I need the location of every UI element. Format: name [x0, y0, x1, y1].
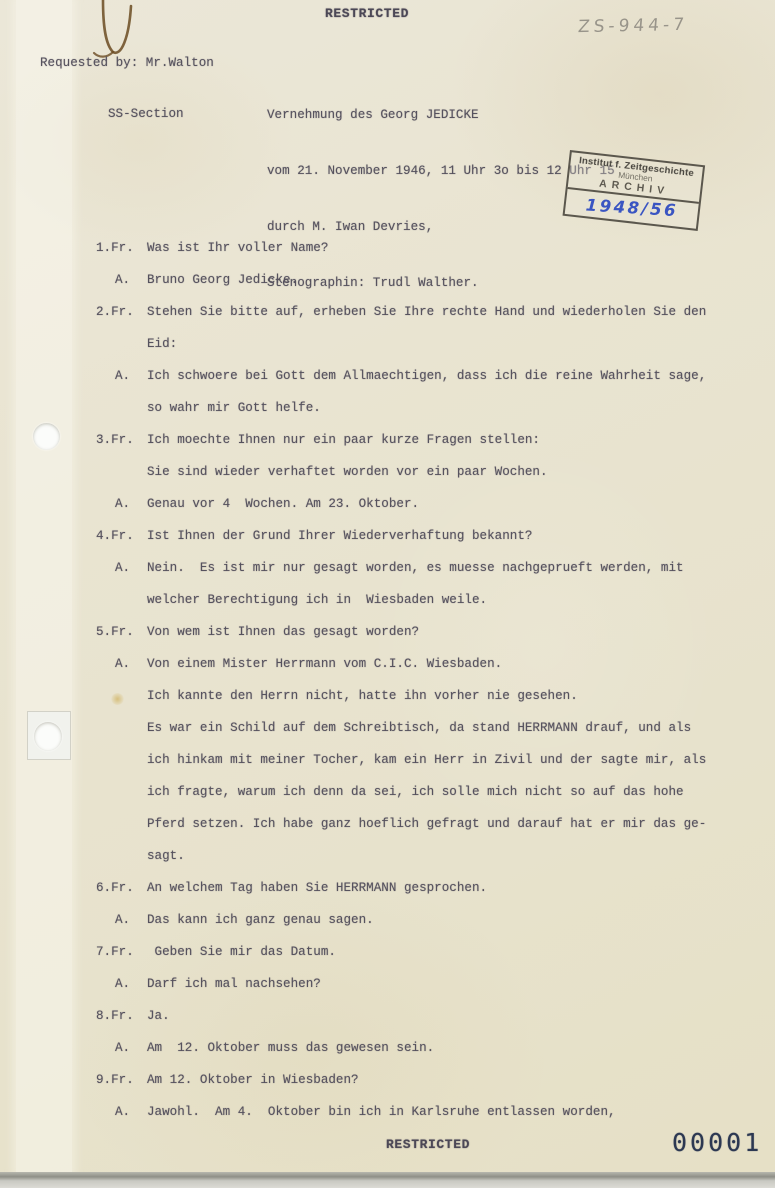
- punch-hole-bottom: [34, 722, 62, 751]
- answer-row: Ich kannte den Herrn nicht, hatte ihn vo…: [96, 680, 756, 712]
- qa-label: 4.Fr.: [96, 520, 147, 552]
- qa-label: [96, 712, 147, 744]
- document-page: RESTRICTED Requested by: Mr.Walton SS-Se…: [0, 0, 775, 1172]
- question-row: 5.Fr.Von wem ist Ihnen das gesagt worden…: [96, 616, 756, 648]
- answer-row: A.Nein. Es ist mir nur gesagt worden, es…: [96, 552, 756, 584]
- qa-text: Geben Sie mir das Datum.: [147, 936, 756, 968]
- qa-text: Sie sind wieder verhaftet worden vor ein…: [147, 456, 756, 488]
- title-line: Vernehmung des Georg JEDICKE: [267, 106, 615, 125]
- answer-row: A.Genau vor 4 Wochen. Am 23. Oktober.: [96, 488, 756, 520]
- punch-hole-top: [33, 423, 60, 450]
- answer-row: A.Darf ich mal nachsehen?: [96, 968, 756, 1000]
- answer-row: A.Von einem Mister Herrmann vom C.I.C. W…: [96, 648, 756, 680]
- qa-label: [96, 840, 147, 872]
- qa-text: Am 12. Oktober muss das gewesen sein.: [147, 1032, 756, 1064]
- qa-label: 8.Fr.: [96, 1000, 147, 1032]
- qa-text: Darf ich mal nachsehen?: [147, 968, 756, 1000]
- answer-row: A.Jawohl. Am 4. Oktober bin ich in Karls…: [96, 1096, 756, 1128]
- qa-label: 5.Fr.: [96, 616, 147, 648]
- question-row: Eid:: [96, 328, 756, 360]
- qa-text: Von wem ist Ihnen das gesagt worden?: [147, 616, 756, 648]
- answer-row: Pferd setzen. Ich habe ganz hoeflich gef…: [96, 808, 756, 840]
- answer-row: A.Das kann ich ganz genau sagen.: [96, 904, 756, 936]
- question-row: 2.Fr.Stehen Sie bitte auf, erheben Sie I…: [96, 296, 756, 328]
- qa-text: sagt.: [147, 840, 756, 872]
- qa-text: Nein. Es ist mir nur gesagt worden, es m…: [147, 552, 756, 584]
- answer-row: A.Ich schwoere bei Gott dem Allmaechtige…: [96, 360, 756, 392]
- paper-fold-band: [16, 0, 72, 1172]
- qa-text: Ist Ihnen der Grund Ihrer Wiederverhaftu…: [147, 520, 756, 552]
- question-row: 7.Fr. Geben Sie mir das Datum.: [96, 936, 756, 968]
- qa-label: A.: [96, 360, 147, 392]
- title-line: vom 21. November 1946, 11 Uhr 3o bis 12 …: [267, 162, 615, 181]
- qa-label: [96, 776, 147, 808]
- qa-label: 1.Fr.: [96, 232, 147, 264]
- qa-label: [96, 808, 147, 840]
- qa-label: A.: [96, 1096, 147, 1128]
- answer-row: ich hinkam mit meiner Tocher, kam ein He…: [96, 744, 756, 776]
- qa-label: [96, 392, 147, 424]
- qa-text: Jawohl. Am 4. Oktober bin ich in Karlsru…: [147, 1096, 756, 1128]
- qa-label: [96, 328, 147, 360]
- qa-label: A.: [96, 968, 147, 1000]
- qa-text: Am 12. Oktober in Wiesbaden?: [147, 1064, 756, 1096]
- qa-label: [96, 456, 147, 488]
- qa-label: [96, 584, 147, 616]
- qa-text: Was ist Ihr voller Name?: [147, 232, 756, 264]
- qa-text: Von einem Mister Herrmann vom C.I.C. Wie…: [147, 648, 756, 680]
- qa-block: 1.Fr.Was ist Ihr voller Name?A.Bruno Geo…: [96, 232, 756, 1128]
- answer-row: so wahr mir Gott helfe.: [96, 392, 756, 424]
- answer-row: A.Am 12. Oktober muss das gewesen sein.: [96, 1032, 756, 1064]
- qa-text: Ich moechte Ihnen nur ein paar kurze Fra…: [147, 424, 756, 456]
- answer-row: A.Bruno Georg Jedicke.: [96, 264, 756, 296]
- qa-text: Ja.: [147, 1000, 756, 1032]
- qa-label: 3.Fr.: [96, 424, 147, 456]
- answer-row: welcher Berechtigung ich in Wiesbaden we…: [96, 584, 756, 616]
- question-row: 6.Fr.An welchem Tag haben Sie HERRMANN g…: [96, 872, 756, 904]
- question-row: 4.Fr.Ist Ihnen der Grund Ihrer Wiederver…: [96, 520, 756, 552]
- question-row: 9.Fr.Am 12. Oktober in Wiesbaden?: [96, 1064, 756, 1096]
- qa-label: [96, 744, 147, 776]
- qa-text: so wahr mir Gott helfe.: [147, 392, 756, 424]
- qa-label: A.: [96, 488, 147, 520]
- paper-stain: [111, 693, 124, 705]
- classification-footer: RESTRICTED: [386, 1137, 470, 1152]
- qa-text: Ich schwoere bei Gott dem Allmaechtigen,…: [147, 360, 756, 392]
- qa-text: ich fragte, warum ich denn da sei, ich s…: [147, 776, 756, 808]
- question-row: 3.Fr.Ich moechte Ihnen nur ein paar kurz…: [96, 424, 756, 456]
- qa-text: Das kann ich ganz genau sagen.: [147, 904, 756, 936]
- qa-label: 2.Fr.: [96, 296, 147, 328]
- qa-text: Ich kannte den Herrn nicht, hatte ihn vo…: [147, 680, 756, 712]
- classification-header: RESTRICTED: [325, 6, 409, 21]
- requested-by-block: Requested by: Mr.Walton SS-Section: [40, 21, 214, 157]
- qa-text: ich hinkam mit meiner Tocher, kam ein He…: [147, 744, 756, 776]
- qa-text: Genau vor 4 Wochen. Am 23. Oktober.: [147, 488, 756, 520]
- qa-label: A.: [96, 648, 147, 680]
- qa-label: A.: [96, 552, 147, 584]
- qa-text: Pferd setzen. Ich habe ganz hoeflich gef…: [147, 808, 756, 840]
- qa-text: Bruno Georg Jedicke.: [147, 264, 756, 296]
- answer-row: Es war ein Schild auf dem Schreibtisch, …: [96, 712, 756, 744]
- qa-text: Es war ein Schild auf dem Schreibtisch, …: [147, 712, 756, 744]
- scan-edge: [0, 1172, 775, 1188]
- question-row: Sie sind wieder verhaftet worden vor ein…: [96, 456, 756, 488]
- qa-text: Stehen Sie bitte auf, erheben Sie Ihre r…: [147, 296, 756, 328]
- answer-row: sagt.: [96, 840, 756, 872]
- pencil-reference-number: ZS-944-7: [577, 15, 689, 37]
- qa-label: 7.Fr.: [96, 936, 147, 968]
- question-row: 8.Fr.Ja.: [96, 1000, 756, 1032]
- qa-label: 9.Fr.: [96, 1064, 147, 1096]
- page-number-stamp: 00001: [672, 1128, 762, 1157]
- qa-label: A.: [96, 904, 147, 936]
- requested-by-dept: SS-Section: [108, 106, 214, 123]
- answer-row: ich fragte, warum ich denn da sei, ich s…: [96, 776, 756, 808]
- question-row: 1.Fr.Was ist Ihr voller Name?: [96, 232, 756, 264]
- qa-text: Eid:: [147, 328, 756, 360]
- qa-label: A.: [96, 1032, 147, 1064]
- qa-text: welcher Berechtigung ich in Wiesbaden we…: [147, 584, 756, 616]
- qa-text: An welchem Tag haben Sie HERRMANN gespro…: [147, 872, 756, 904]
- requested-by-line: Requested by: Mr.Walton: [40, 55, 214, 72]
- qa-label: 6.Fr.: [96, 872, 147, 904]
- qa-label: A.: [96, 264, 147, 296]
